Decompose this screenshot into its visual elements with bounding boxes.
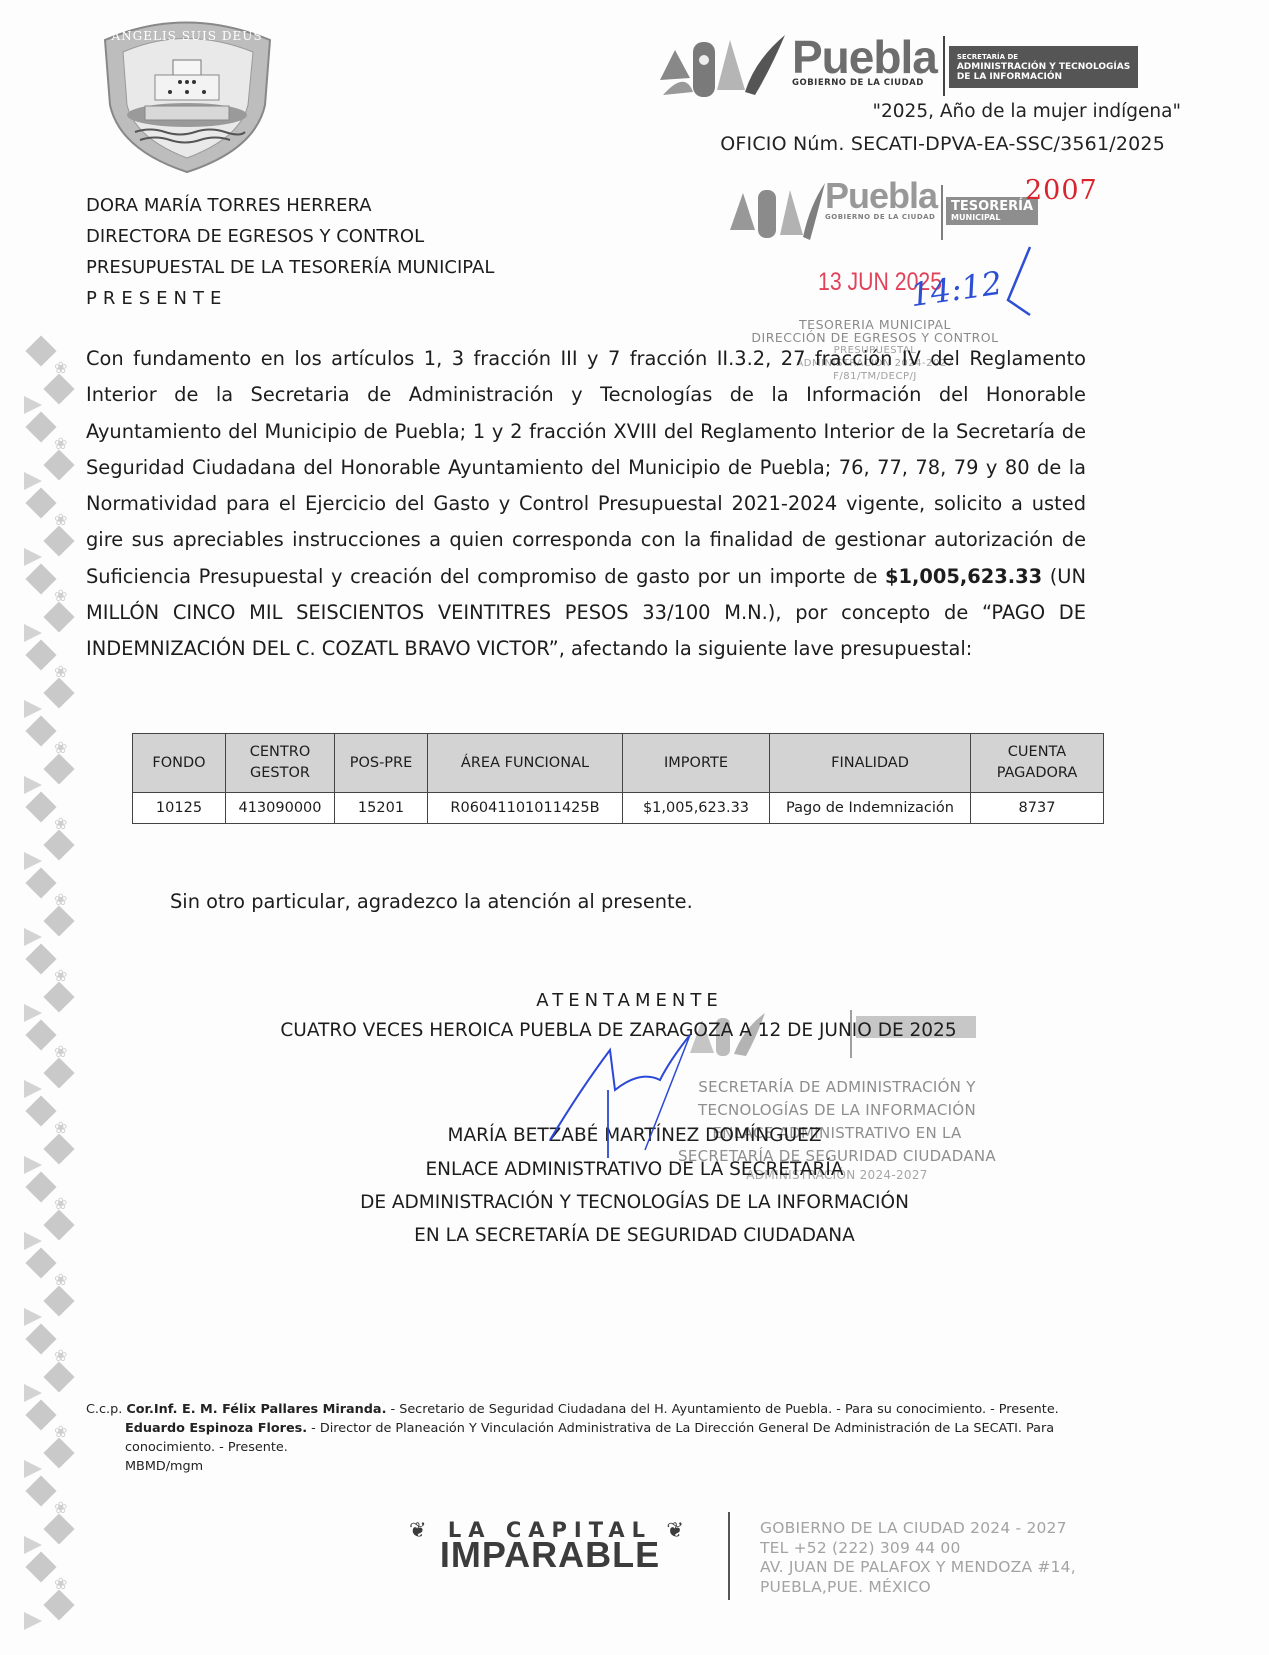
table-cell: 15201 bbox=[335, 793, 428, 824]
budget-key-table: FONDOCENTROGESTORPOS-PREÁREA FUNCIONALIM… bbox=[132, 733, 1104, 824]
table-cell: R06041101011425B bbox=[428, 793, 623, 824]
stamp-folio-number: 2007 bbox=[1025, 175, 1098, 206]
amount-bold: $1,005,623.33 bbox=[885, 565, 1042, 588]
column-header: CUENTAPAGADORA bbox=[971, 734, 1104, 793]
ccp-recipient-1: C.c.p. Cor.Inf. E. M. Félix Pallares Mir… bbox=[86, 1400, 1116, 1419]
city-emblem-icon bbox=[655, 30, 790, 102]
signer-role-line-2: DE ADMINISTRACIÓN Y TECNOLOGÍAS DE LA IN… bbox=[0, 1192, 1269, 1213]
header-logo: Puebla GOBIERNO DE LA CIUDAD SECRETARÍA … bbox=[655, 30, 1195, 105]
reception-stamp-logo: Puebla GOBIERNO DE LA CIUDAD TESORERÍA M… bbox=[725, 175, 1045, 260]
city-seal-logo: ANGELIS SUIS DEUS bbox=[85, 10, 290, 175]
body-paragraph: Con fundamento en los artículos 1, 3 fra… bbox=[86, 341, 1086, 668]
addressee-title-1: DIRECTORA DE EGRESOS Y CONTROL bbox=[86, 221, 494, 252]
table-cell: 413090000 bbox=[226, 793, 335, 824]
ccp-initials: MBMD/mgm bbox=[86, 1457, 1116, 1476]
table-row: 1012541309000015201R06041101011425B$1,00… bbox=[133, 793, 1104, 824]
addressee-block: DORA MARÍA TORRES HERRERA DIRECTORA DE E… bbox=[86, 190, 494, 314]
ccp-recipient-2: Eduardo Espinoza Flores. - Director de P… bbox=[86, 1419, 1116, 1457]
wing-right-icon: ❦ bbox=[666, 1518, 691, 1542]
valediction: ATENTAMENTE bbox=[0, 990, 1264, 1011]
addressee-title-2: PRESUPUESTAL DE LA TESORERÍA MUNICIPAL bbox=[86, 252, 494, 283]
salutation: PRESENTE bbox=[86, 283, 494, 314]
column-header: ÁREA FUNCIONAL bbox=[428, 734, 623, 793]
table-cell: 8737 bbox=[971, 793, 1104, 824]
brand-name: Puebla bbox=[792, 30, 937, 84]
department-box: SECRETARÍA DE ADMINISTRACIÓN Y TECNOLOGÍ… bbox=[949, 46, 1138, 88]
closing-sentence: Sin otro particular, agradezco la atenci… bbox=[170, 890, 693, 913]
city-emblem-icon bbox=[725, 175, 825, 245]
year-motto: "2025, Año de la mujer indígena" bbox=[873, 101, 1182, 122]
column-header: FONDO bbox=[133, 734, 226, 793]
footer-brand-logo: ❦ LA CAPITAL ❦ IMPARABLE bbox=[395, 1518, 705, 1576]
brand-subtitle: GOBIERNO DE LA CIUDAD bbox=[792, 78, 937, 88]
column-header: FINALIDAD bbox=[770, 734, 971, 793]
decorative-border: ❀❀❀❀❀❀❀❀❀❀❀❀❀❀❀❀❀ bbox=[22, 340, 80, 1610]
column-header: CENTROGESTOR bbox=[226, 734, 335, 793]
column-header: POS-PRE bbox=[335, 734, 428, 793]
stamp-brand: Puebla bbox=[825, 175, 937, 217]
handwritten-signature-icon bbox=[540, 1030, 720, 1160]
handwritten-mark-icon bbox=[1000, 245, 1040, 320]
footer-contact-info: GOBIERNO DE LA CIUDAD 2024 - 2027 TEL +5… bbox=[760, 1519, 1076, 1597]
wing-left-icon: ❦ bbox=[409, 1518, 434, 1542]
table-cell: Pago de Indemnización bbox=[770, 793, 971, 824]
footer-divider bbox=[728, 1512, 730, 1600]
table-cell: 10125 bbox=[133, 793, 226, 824]
svg-text:ANGELIS SUIS DEUS: ANGELIS SUIS DEUS bbox=[110, 29, 262, 43]
signer-role-line-3: EN LA SECRETARÍA DE SEGURIDAD CIUDADANA bbox=[0, 1225, 1269, 1246]
table-header-row: FONDOCENTROGESTORPOS-PREÁREA FUNCIONALIM… bbox=[133, 734, 1104, 793]
column-header: IMPORTE bbox=[623, 734, 770, 793]
addressee-name: DORA MARÍA TORRES HERRERA bbox=[86, 190, 494, 221]
table-cell: $1,005,623.33 bbox=[623, 793, 770, 824]
carbon-copy-list: C.c.p. Cor.Inf. E. M. Félix Pallares Mir… bbox=[86, 1400, 1116, 1476]
signer-role-line-1: ENLACE ADMINISTRATIVO DE LA SECRETARÍA bbox=[0, 1159, 1269, 1180]
oficio-number: OFICIO Núm. SECATI-DPVA-EA-SSC/3561/2025 bbox=[720, 133, 1165, 155]
